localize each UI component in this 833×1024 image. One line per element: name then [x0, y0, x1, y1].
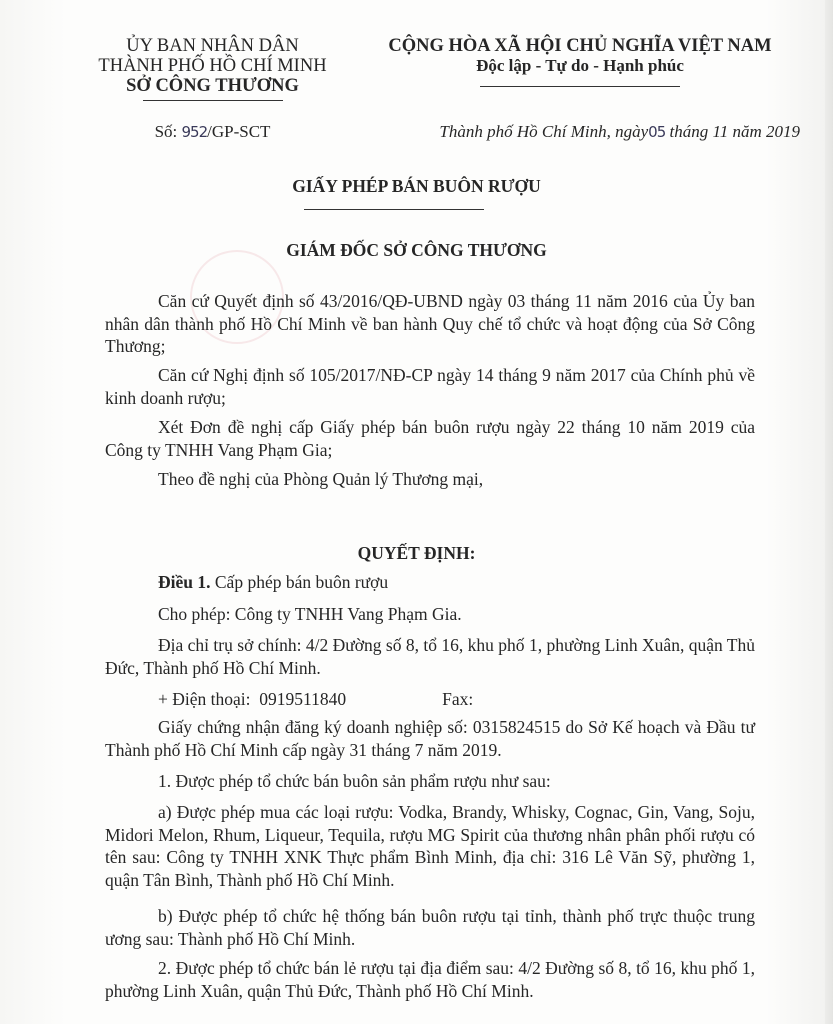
item-2: 2. Được phép tổ chức bán lẻ rượu tại địa… [105, 957, 755, 1002]
national-motto: Độc lập - Tự do - Hạnh phúc [355, 56, 805, 76]
preamble-paragraph-3: Xét Đơn đề nghị cấp Giấy phép bán buôn r… [105, 416, 755, 461]
motto-underline [480, 86, 680, 87]
phone-number: 0919511840 [259, 689, 346, 709]
country-name: CỘNG HÒA XÃ HỘI CHỦ NGHĨA VIỆT NAM [355, 36, 805, 56]
issuer-title: GIÁM ĐỐC SỞ CÔNG THƯƠNG [0, 240, 833, 261]
issue-date: Thành phố Hồ Chí Minh, ngày05 tháng 11 n… [360, 122, 800, 142]
preamble-paragraph-1: Căn cứ Quyết định số 43/2016/QĐ-UBND ngà… [105, 290, 755, 358]
decision-heading: QUYẾT ĐỊNH: [0, 543, 833, 564]
document-number: Số: 952/GP-SCT [80, 122, 345, 142]
document-page: ỦY BAN NHÂN DÂN THÀNH PHỐ HỒ CHÍ MINH SỞ… [0, 0, 833, 1024]
fax-label: Fax: [442, 689, 473, 709]
item-1b: b) Được phép tổ chức hệ thống bán buôn r… [105, 905, 755, 950]
date-suffix: tháng 11 năm 2019 [665, 122, 800, 141]
item-1: 1. Được phép tổ chức bán buôn sản phẩm r… [105, 770, 755, 793]
authority-underline [143, 100, 283, 101]
head-office-address: Địa chỉ trụ sở chính: 4/2 Đường số 8, tổ… [105, 634, 755, 679]
date-prefix: Thành phố Hồ Chí Minh, ngày [439, 122, 648, 141]
article-title: Cấp phép bán buôn rượu [211, 572, 389, 592]
authority-line-2: THÀNH PHỐ HỒ CHÍ MINH [80, 56, 345, 76]
national-motto-header: CỘNG HÒA XÃ HỘI CHỦ NGHĨA VIỆT NAM Độc l… [355, 36, 805, 87]
phone-label: + Điện thoại: [158, 689, 251, 709]
license-title-underline [304, 209, 484, 210]
contact-line: + Điện thoại: 0919511840Fax: [105, 688, 755, 711]
authority-line-1: ỦY BAN NHÂN DÂN [80, 36, 345, 56]
page-edge-shadow [825, 0, 833, 1024]
permit-holder: Cho phép: Công ty TNHH Vang Phạm Gia. [105, 603, 755, 626]
business-registration: Giấy chứng nhận đăng ký doanh nghiệp số:… [105, 716, 755, 761]
handwritten-day: 05 [648, 123, 665, 141]
issuing-authority-header: ỦY BAN NHÂN DÂN THÀNH PHỐ HỒ CHÍ MINH SỞ… [80, 36, 345, 101]
handwritten-number: 952 [182, 123, 208, 141]
authority-department: SỞ CÔNG THƯƠNG [80, 76, 345, 96]
preamble-paragraph-4: Theo đề nghị của Phòng Quản lý Thương mạ… [105, 468, 755, 491]
item-1a: a) Được phép mua các loại rượu: Vodka, B… [105, 801, 755, 891]
number-prefix: Số: [155, 122, 182, 141]
article-label: Điều 1. [158, 572, 211, 592]
license-title: GIẤY PHÉP BÁN BUÔN RƯỢU [0, 176, 833, 197]
number-suffix: /GP-SCT [207, 122, 270, 141]
article-1-heading: Điều 1. Cấp phép bán buôn rượu [105, 571, 755, 594]
preamble-paragraph-2: Căn cứ Nghị định số 105/2017/NĐ-CP ngày … [105, 364, 755, 409]
